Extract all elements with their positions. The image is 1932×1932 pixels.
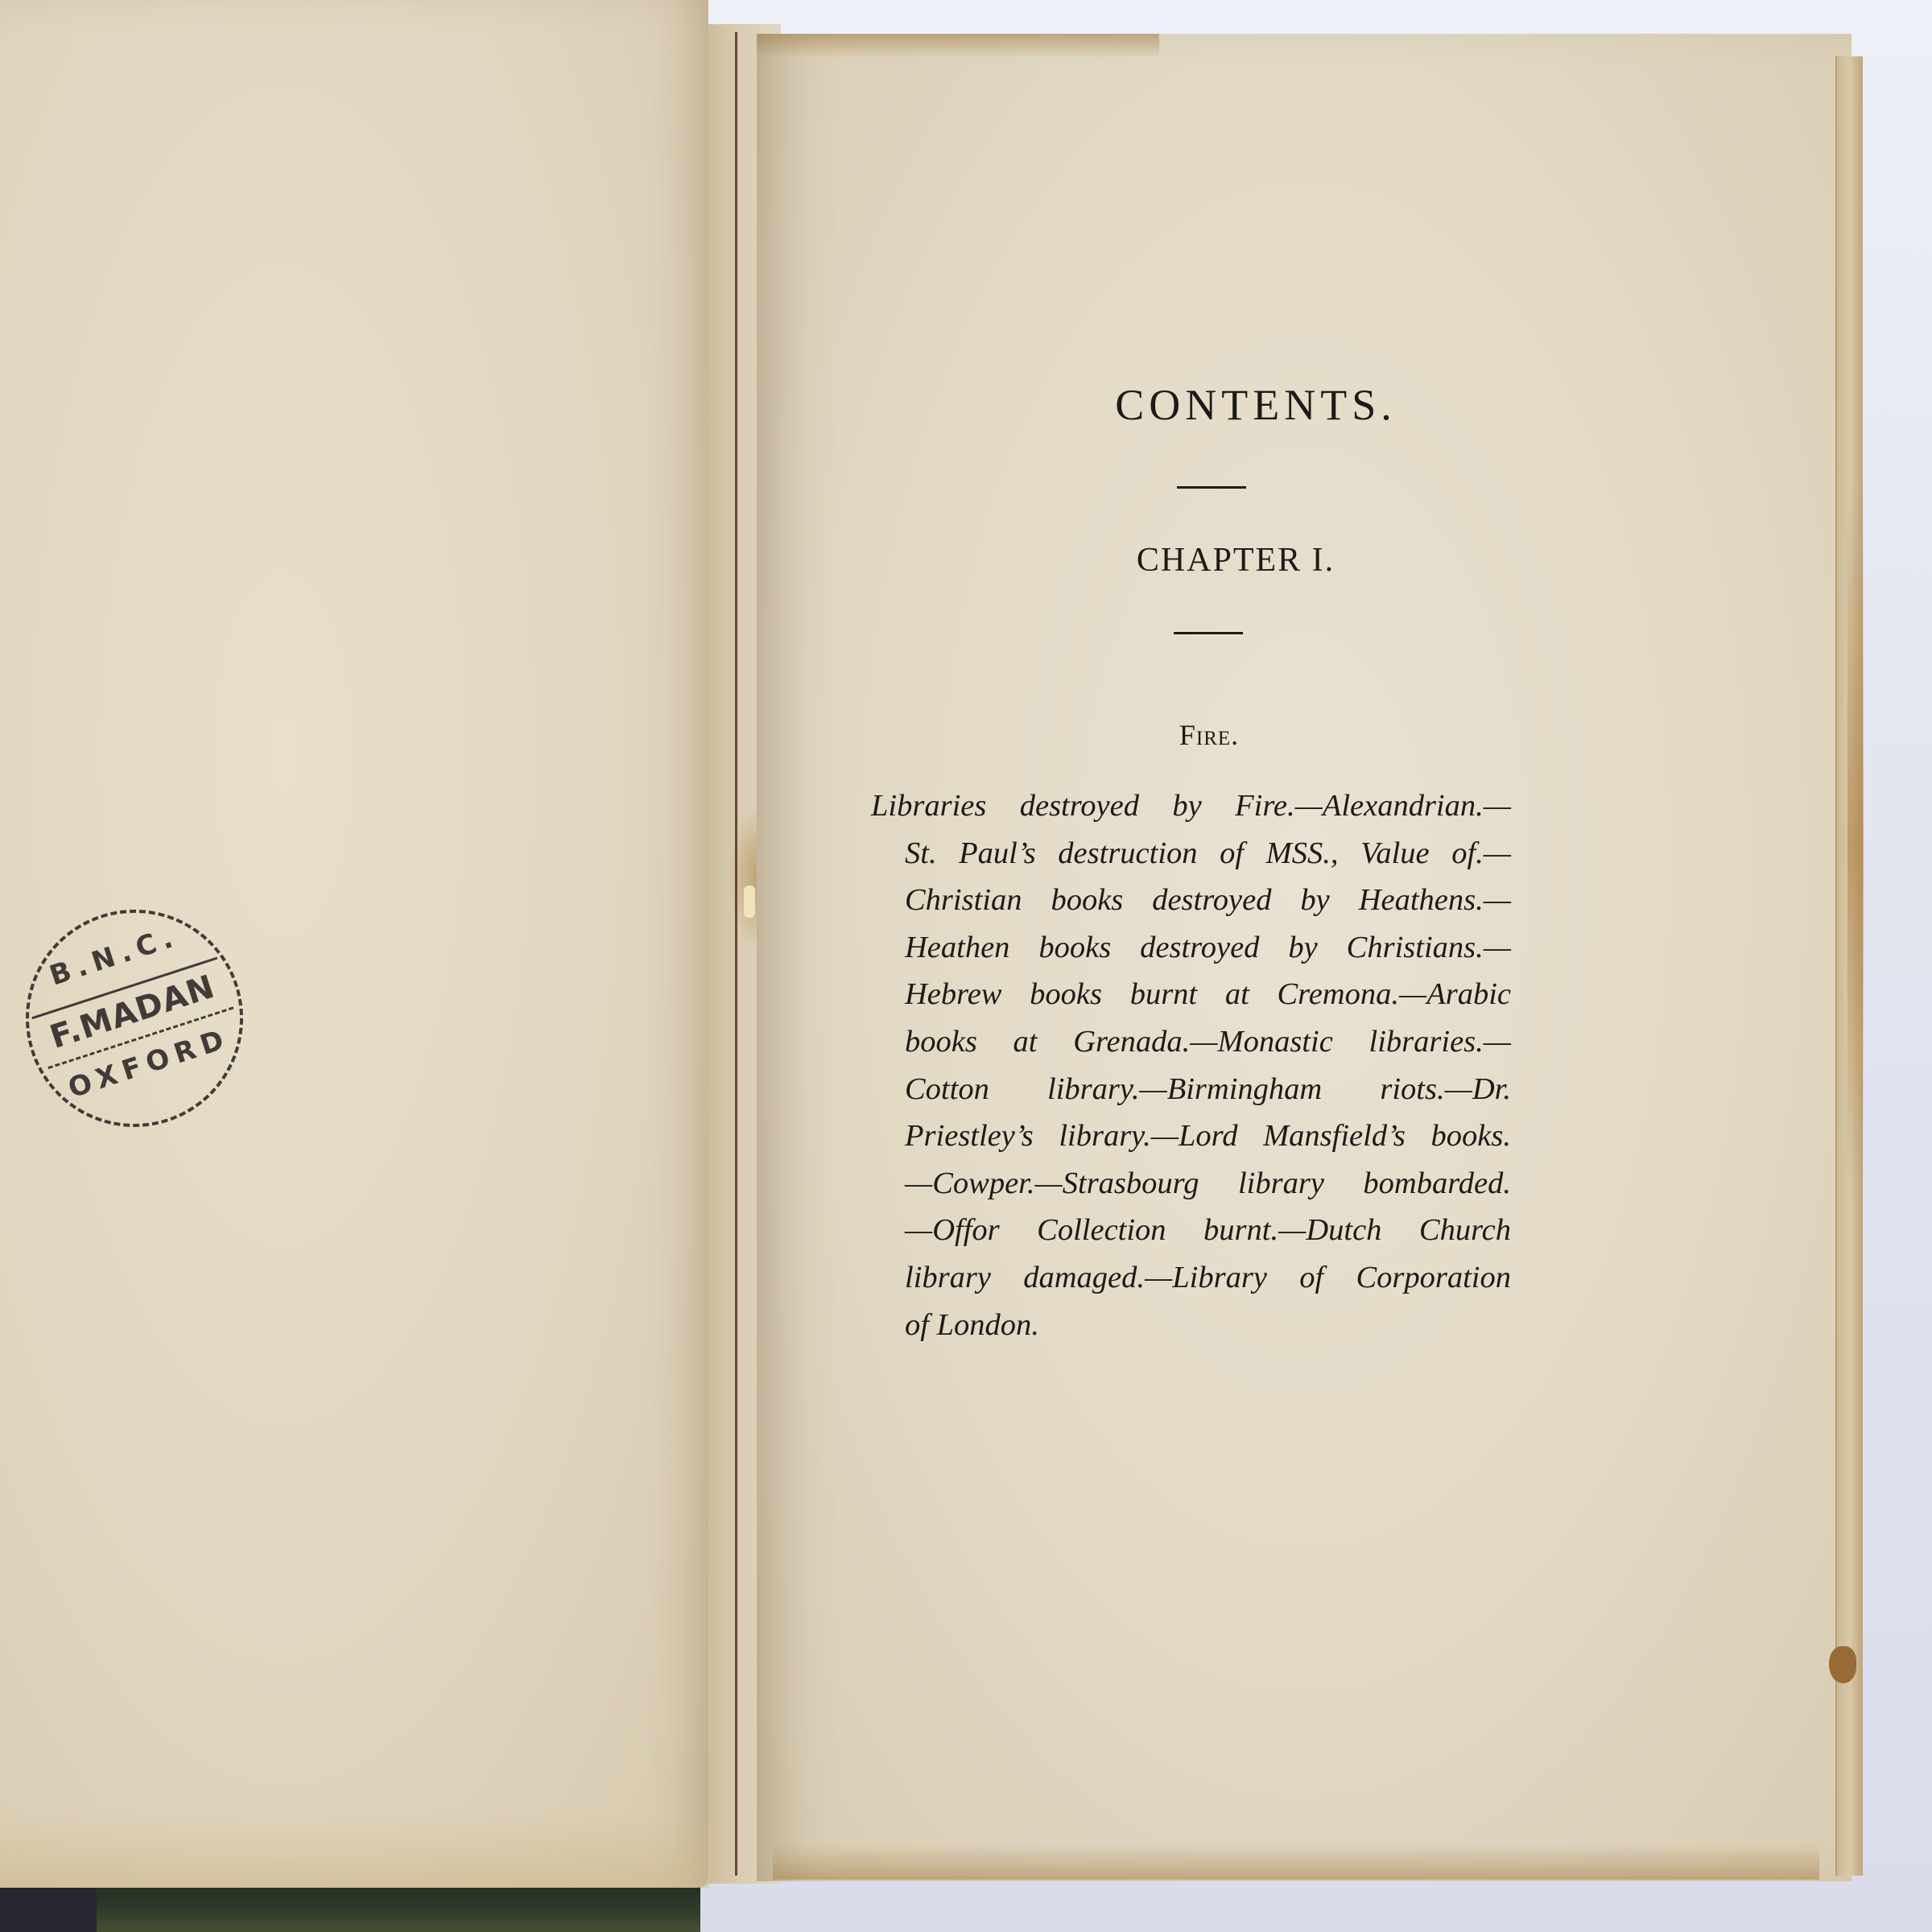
summary-line: Heathen books destroyed by Christians.— [871, 924, 1511, 972]
title-rule [1177, 486, 1246, 489]
summary-line: Christian books destroyed by Heathens.— [871, 877, 1511, 924]
binding-thread [735, 32, 737, 1876]
summary-line: St. Paul’s destruction of MSS., Value of… [871, 830, 1511, 877]
page-title: CONTENTS. [757, 380, 1755, 430]
summary-line: —Cowper.—Strasbourg library bombarded. [871, 1160, 1511, 1207]
summary-line: Libraries destroyed by Fire.—Alexandrian… [871, 782, 1511, 830]
summary-line: library damaged.—Library of Corporation [871, 1254, 1511, 1302]
left-page-shadow [0, 1811, 708, 1888]
gutter-paper-chip [744, 885, 755, 918]
summary-line: Priestley’s library.—Lord Mansfield’s bo… [871, 1113, 1511, 1160]
book-photo: B.N.C. F.MADAN OXFORD CONTENTS. CHAPTER … [0, 0, 1932, 1932]
summary-line: Hebrew books burnt at Cremona.—Arabic [871, 971, 1511, 1018]
chapter-heading: CHAPTER I. [757, 541, 1715, 580]
summary-line: of London. [871, 1302, 1511, 1349]
summary-line: Cotton library.—Birmingham riots.—Dr. [871, 1066, 1511, 1113]
summary-line: —Offor Collection burnt.—Dutch Church [871, 1207, 1511, 1254]
book-cover-edge [0, 1884, 97, 1932]
chapter-summary: Libraries destroyed by Fire.—Alexandrian… [871, 782, 1511, 1348]
chapter-rule [1174, 632, 1243, 634]
summary-line: books at Grenada.—Monastic libraries.— [871, 1018, 1511, 1066]
contents-page-text: CONTENTS. CHAPTER I. Fire. Libraries des… [757, 34, 1851, 1881]
section-title: Fire. [757, 718, 1662, 752]
